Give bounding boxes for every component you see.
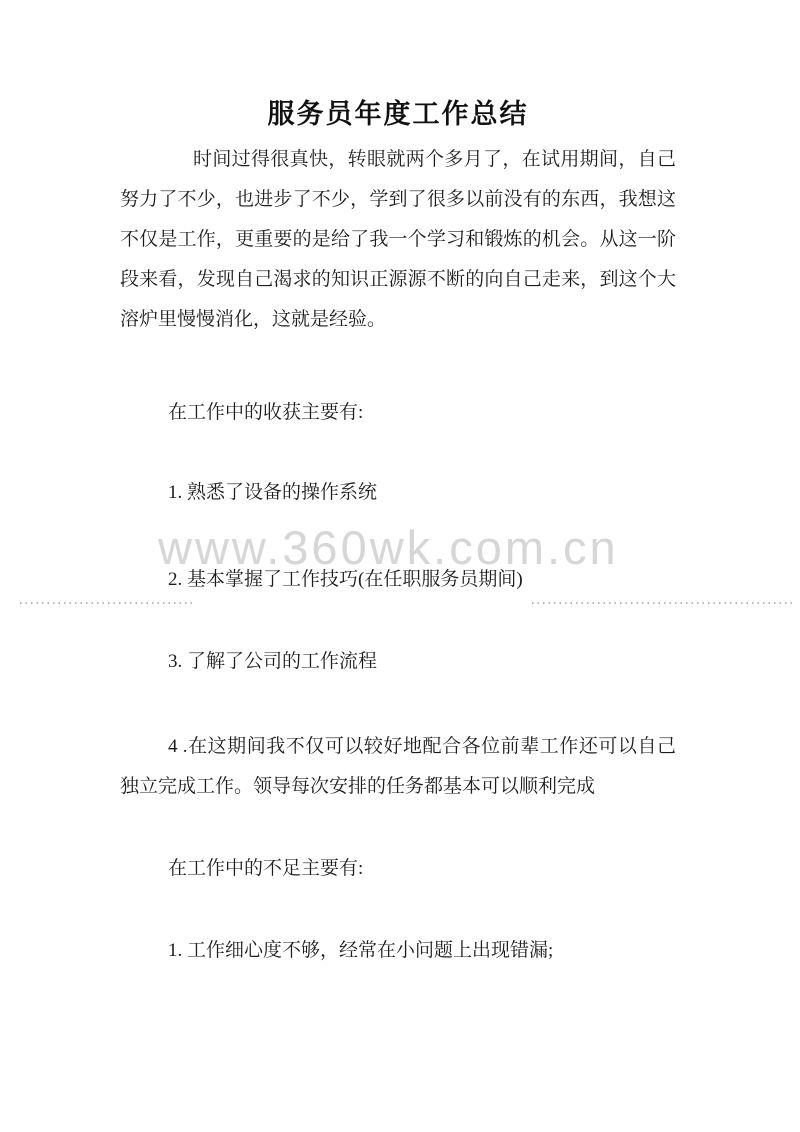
- document-page: www.360wk.com.cn 服务员年度工作总结 时间过得很真快，转眼就两个…: [0, 0, 800, 1132]
- intro-line: 溶炉里慢慢消化，这就是经验。: [120, 300, 676, 340]
- shortcoming-item-1: 1. 工作细心度不够，经常在小问题上出现错漏;: [120, 931, 676, 971]
- intro-line: 时间过得很真快，转眼就两个多月了，在试用期间，自己: [120, 140, 676, 180]
- harvest-item-3: 3. 了解了公司的工作流程: [120, 642, 676, 682]
- page-title: 服务员年度工作总结: [120, 94, 676, 134]
- harvest-item-4-line: 独立完成工作。领导每次安排的任务都基本可以顺利完成: [120, 767, 676, 807]
- harvest-heading: 在工作中的收获主要有:: [120, 393, 676, 433]
- document-body: 服务员年度工作总结 时间过得很真快，转眼就两个多月了，在试用期间，自己 努力了不…: [0, 0, 800, 971]
- intro-line: 不仅是工作，更重要的是给了我一个学习和锻炼的机会。从这一阶: [120, 220, 676, 260]
- harvest-item-4: 4 .在这期间我不仅可以较好地配合各位前辈工作还可以自己 独立完成工作。领导每次…: [120, 727, 676, 807]
- intro-line: 努力了不少，也进步了不少，学到了很多以前没有的东西，我想这: [120, 180, 676, 220]
- harvest-item-2: 2. 基本掌握了工作技巧(在任职服务员期间): [120, 560, 676, 600]
- intro-paragraph: 时间过得很真快，转眼就两个多月了，在试用期间，自己 努力了不少，也进步了不少，学…: [120, 140, 676, 340]
- dotted-divider-right: [532, 602, 795, 604]
- harvest-item-4-line: 4 .在这期间我不仅可以较好地配合各位前辈工作还可以自己: [120, 727, 676, 767]
- intro-line: 段来看，发现自己渴求的知识正源源不断的向自己走来，到这个大: [120, 260, 676, 300]
- harvest-item-1: 1. 熟悉了设备的操作系统: [120, 473, 676, 513]
- shortcoming-heading: 在工作中的不足主要有:: [120, 849, 676, 889]
- dotted-divider-left: [20, 602, 193, 604]
